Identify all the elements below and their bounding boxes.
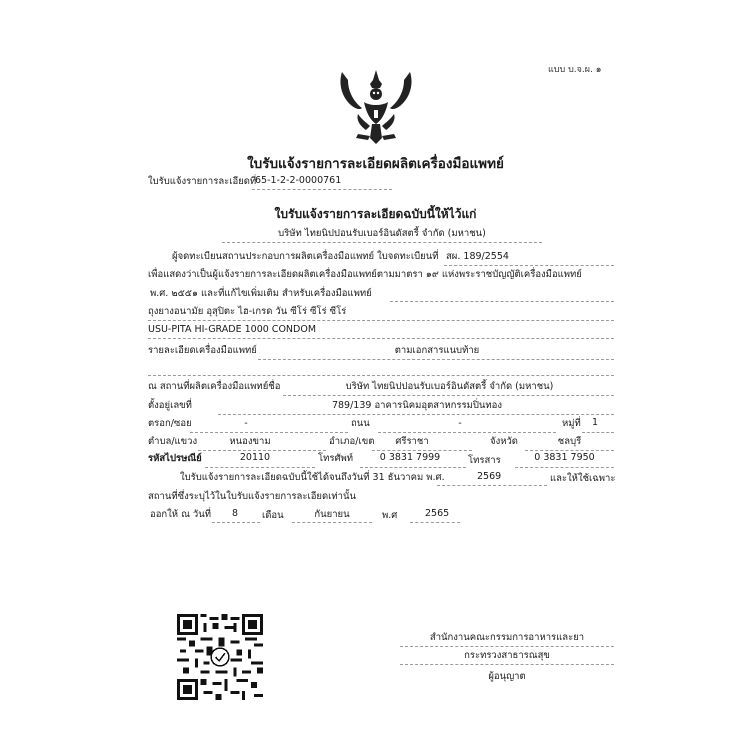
province-value: ชลบุรี	[525, 436, 614, 448]
recipient-name: บริษัท ไทยนิปปอนรับเบอร์อินดัสตรี้ จำกัด…	[222, 228, 542, 240]
qr-code-icon	[177, 614, 263, 700]
address-value: 789/139 อาคารนิคมอุตสาหกรรมปิ่นทอง	[220, 400, 614, 412]
district-value: ศรีราชา	[372, 436, 452, 448]
site-name-value: บริษัท ไทยนิปปอนรับเบอร์อินดัสตรี้ จำกัด…	[285, 381, 614, 393]
validity-text: ใบรับแจ้งรายการละเอียดฉบับนี้ใช้ได้จนถึง…	[180, 472, 445, 484]
province-label: จังหวัด	[490, 436, 518, 448]
issued-day: 8	[232, 508, 238, 520]
issued-label: ออกให้ ณ วันที่	[150, 509, 211, 521]
subdistrict-value: หนองขาม	[200, 436, 300, 448]
authority-line2: กระทรวงสาธารณสุข	[400, 650, 614, 662]
device-detail-label: รายละเอียดเครื่องมือแพทย์	[148, 345, 257, 357]
district-label: อำเภอ/เขต	[329, 436, 374, 448]
soi-label: ตรอก/ซอย	[148, 418, 192, 430]
issued-year: 2565	[425, 508, 449, 520]
device-name-th: ถุงยางอนามัย อุสุปิตะ ไฮ-เกรด วัน ซีโร่ …	[148, 306, 346, 318]
license-label: ผู้จดทะเบียนสถานประกอบการผลิตเครื่องมือแ…	[172, 251, 438, 263]
receipt-no: 65-1-2-2-0000761	[255, 175, 341, 187]
device-detail-value: ตามเอกสารแนบท้าย	[260, 345, 614, 357]
issued-year-label: พ.ศ	[382, 510, 397, 522]
road-value: -	[380, 418, 540, 430]
soi-value: -	[190, 418, 302, 430]
device-name-en: USU-PITA HI-GRADE 1000 CONDOM	[148, 324, 316, 336]
authority-line1: สำนักงานคณะกรรมการอาหารและยา	[400, 632, 614, 644]
statement-line1: เพื่อแสดงว่าเป็นผู้แจ้งรายการละเอียดผลิต…	[148, 269, 582, 281]
validity-suffix: และให้ใช้เฉพาะ	[550, 473, 615, 485]
fax-value: 0 3831 7950	[515, 452, 614, 464]
moo-label: หมู่ที่	[562, 418, 581, 430]
statement-line2: พ.ศ. ๒๕๕๑ และที่แก้ไขเพิ่มเติม สำหรับเคร…	[150, 288, 372, 300]
document-title: ใบรับแจ้งรายการละเอียดผลิตเครื่องมือแพทย…	[0, 152, 751, 174]
postcode-value: 20110	[205, 452, 305, 464]
phone-value: 0 3831 7999	[360, 452, 460, 464]
validity-year: 2569	[477, 471, 501, 483]
form-code: แบบ บ.จ.ผ. ๑	[548, 62, 602, 76]
subtitle: ใบรับแจ้งรายการละเอียดฉบับนี้ให้ไว้แก่	[0, 205, 751, 224]
receipt-no-label: ใบรับแจ้งรายการละเอียดที่	[148, 176, 256, 188]
moo-value: 1	[592, 417, 598, 429]
validity-line2: สถานที่ซึ่งระบุไว้ในใบรับแจ้งรายการละเอี…	[148, 491, 356, 503]
license-no: สผ. 189/2554	[446, 251, 509, 263]
signer-title: ผู้อนุญาต	[400, 671, 614, 683]
issued-month-label: เดือน	[262, 510, 284, 522]
fax-label: โทรสาร	[468, 455, 501, 467]
postcode-label: รหัสไปรษณีย์	[148, 453, 202, 465]
address-label: ตั้งอยู่เลขที่	[148, 400, 192, 412]
garuda-emblem-icon	[336, 64, 416, 146]
road-label: ถนน	[351, 418, 370, 430]
phone-label: โทรศัพท์	[318, 453, 353, 465]
subdistrict-label: ตำบล/แขวง	[148, 436, 197, 448]
issued-month: กันยายน	[292, 509, 372, 521]
site-name-label: ณ สถานที่ผลิตเครื่องมือแพทย์ชื่อ	[148, 381, 280, 393]
